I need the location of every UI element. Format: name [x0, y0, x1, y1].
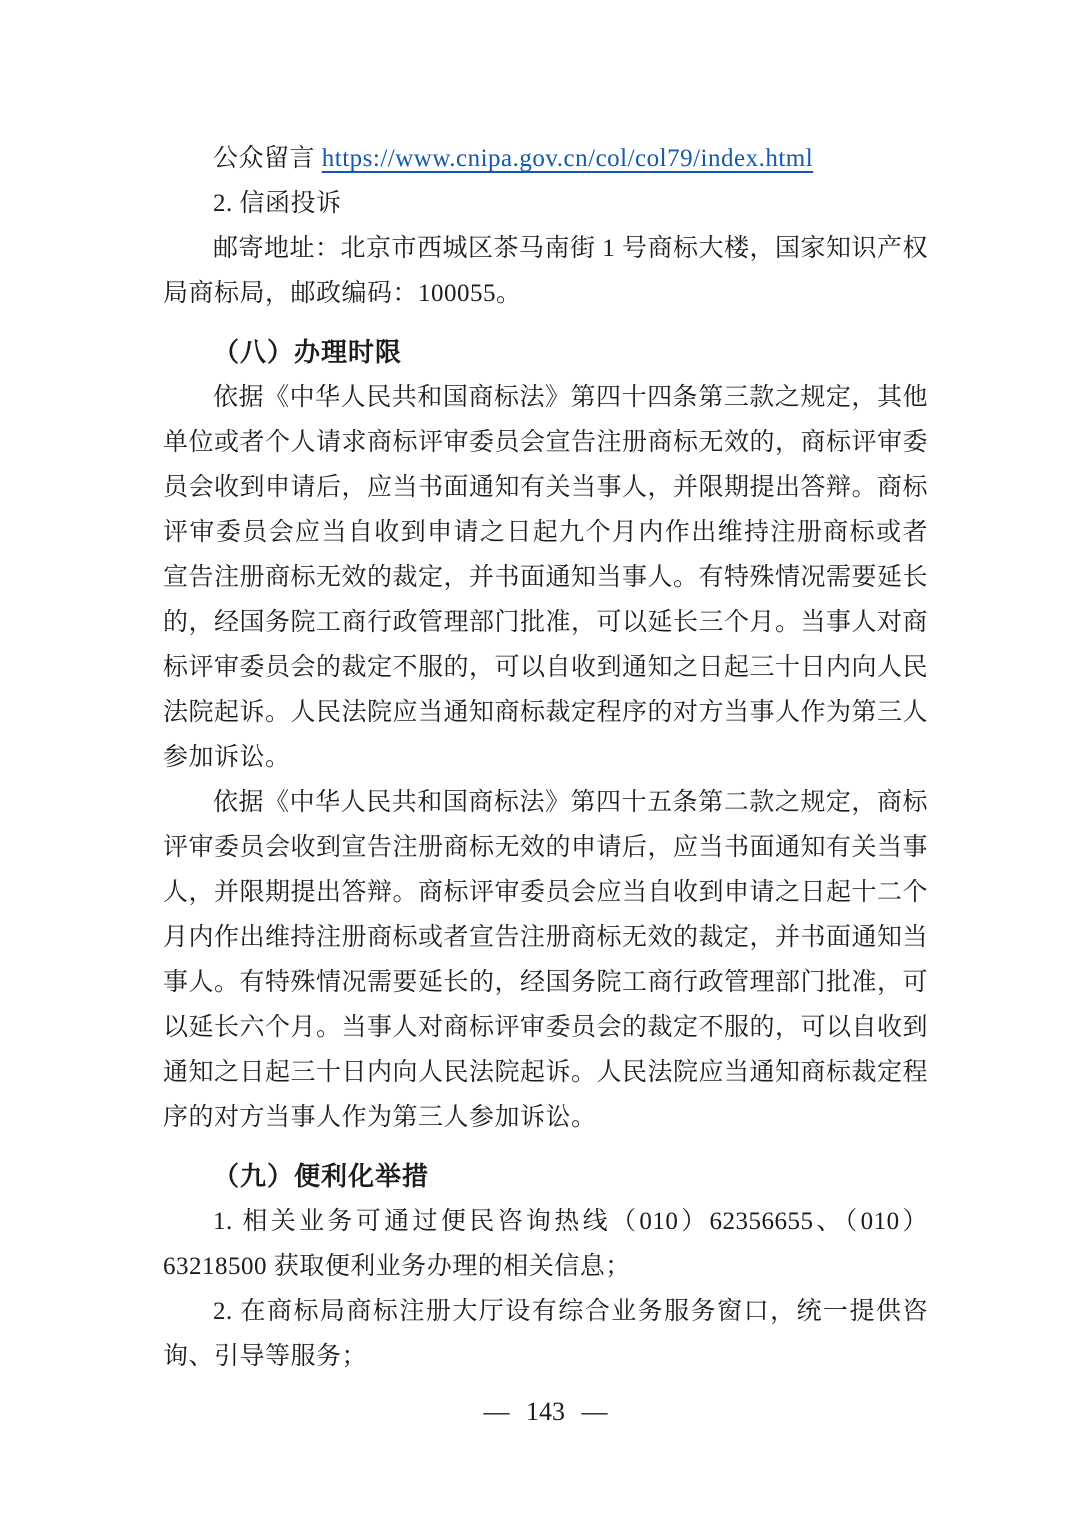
text-line: 月内作出维持注册商标或者宣告注册商标无效的裁定，并书面通知当	[163, 915, 928, 960]
document-page: 公众留言 https://www.cnipa.gov.cn/col/col79/…	[0, 0, 1074, 1520]
letter-complaint-line: 2. 信函投诉	[163, 181, 928, 226]
text-line: 参加诉讼。	[163, 735, 928, 780]
section-9-item-2: 2. 在商标局商标注册大厅设有综合业务服务窗口，统一提供咨询、引导等服务；	[163, 1289, 928, 1379]
section-8-heading: （八）办理时限	[163, 330, 928, 375]
public-message-line: 公众留言 https://www.cnipa.gov.cn/col/col79/…	[163, 136, 928, 181]
text-line: 员会收到申请后，应当书面通知有关当事人，并限期提出答辩。商标	[163, 465, 928, 510]
section-9-heading: （九）便利化举措	[163, 1154, 928, 1199]
text-line: 2. 在商标局商标注册大厅设有综合业务服务窗口，统一提供咨	[163, 1289, 928, 1334]
text-line: 依据《中华人民共和国商标法》第四十四条第三款之规定，其他	[163, 375, 928, 420]
page-number: — 143 —	[163, 1389, 928, 1434]
text-line: 通知之日起三十日内向人民法院起诉。人民法院应当通知商标裁定程	[163, 1050, 928, 1095]
text-line: 事人。有特殊情况需要延长的，经国务院工商行政管理部门批准，可	[163, 960, 928, 1005]
public-message-label: 公众留言	[213, 145, 322, 172]
section-9-item-1: 1. 相关业务可通过便民咨询热线（010）62356655、（010）63218…	[163, 1199, 928, 1289]
text-line: 单位或者个人请求商标评审委员会宣告注册商标无效的，商标评审委	[163, 420, 928, 465]
text-line: 序的对方当事人作为第三人参加诉讼。	[163, 1095, 928, 1140]
text-line: 人，并限期提出答辩。商标评审委员会应当自收到申请之日起十二个	[163, 870, 928, 915]
text-line: 宣告注册商标无效的裁定，并书面通知当事人。有特殊情况需要延长	[163, 555, 928, 600]
text-line: 的，经国务院工商行政管理部门批准，可以延长三个月。当事人对商	[163, 600, 928, 645]
text-line: 标评审委员会的裁定不服的，可以自收到通知之日起三十日内向人民	[163, 645, 928, 690]
text-line: 以延长六个月。当事人对商标评审委员会的裁定不服的，可以自收到	[163, 1005, 928, 1050]
text-line: 1. 相关业务可通过便民咨询热线（010）62356655、（010）	[163, 1199, 928, 1244]
text-line: 评审委员会收到宣告注册商标无效的申请后，应当书面通知有关当事	[163, 825, 928, 870]
public-feedback-link[interactable]: https://www.cnipa.gov.cn/col/col79/index…	[322, 145, 813, 172]
text-line: 63218500 获取便利业务办理的相关信息；	[163, 1244, 928, 1289]
text-line: 询、引导等服务；	[163, 1334, 928, 1379]
text-line: 评审委员会应当自收到申请之日起九个月内作出维持注册商标或者	[163, 510, 928, 555]
text-line: 邮寄地址：北京市西城区茶马南街 1 号商标大楼，国家知识产权	[163, 226, 928, 271]
text-line: 法院起诉。人民法院应当通知商标裁定程序的对方当事人作为第三人	[163, 690, 928, 735]
section-8-paragraph-1: 依据《中华人民共和国商标法》第四十四条第三款之规定，其他单位或者个人请求商标评审…	[163, 375, 928, 780]
section-8-paragraph-2: 依据《中华人民共和国商标法》第四十五条第二款之规定，商标评审委员会收到宣告注册商…	[163, 780, 928, 1140]
mailing-address-paragraph: 邮寄地址：北京市西城区茶马南街 1 号商标大楼，国家知识产权局商标局，邮政编码：…	[163, 226, 928, 316]
text-line: 依据《中华人民共和国商标法》第四十五条第二款之规定，商标	[163, 780, 928, 825]
text-line: 局商标局，邮政编码：100055。	[163, 271, 928, 316]
